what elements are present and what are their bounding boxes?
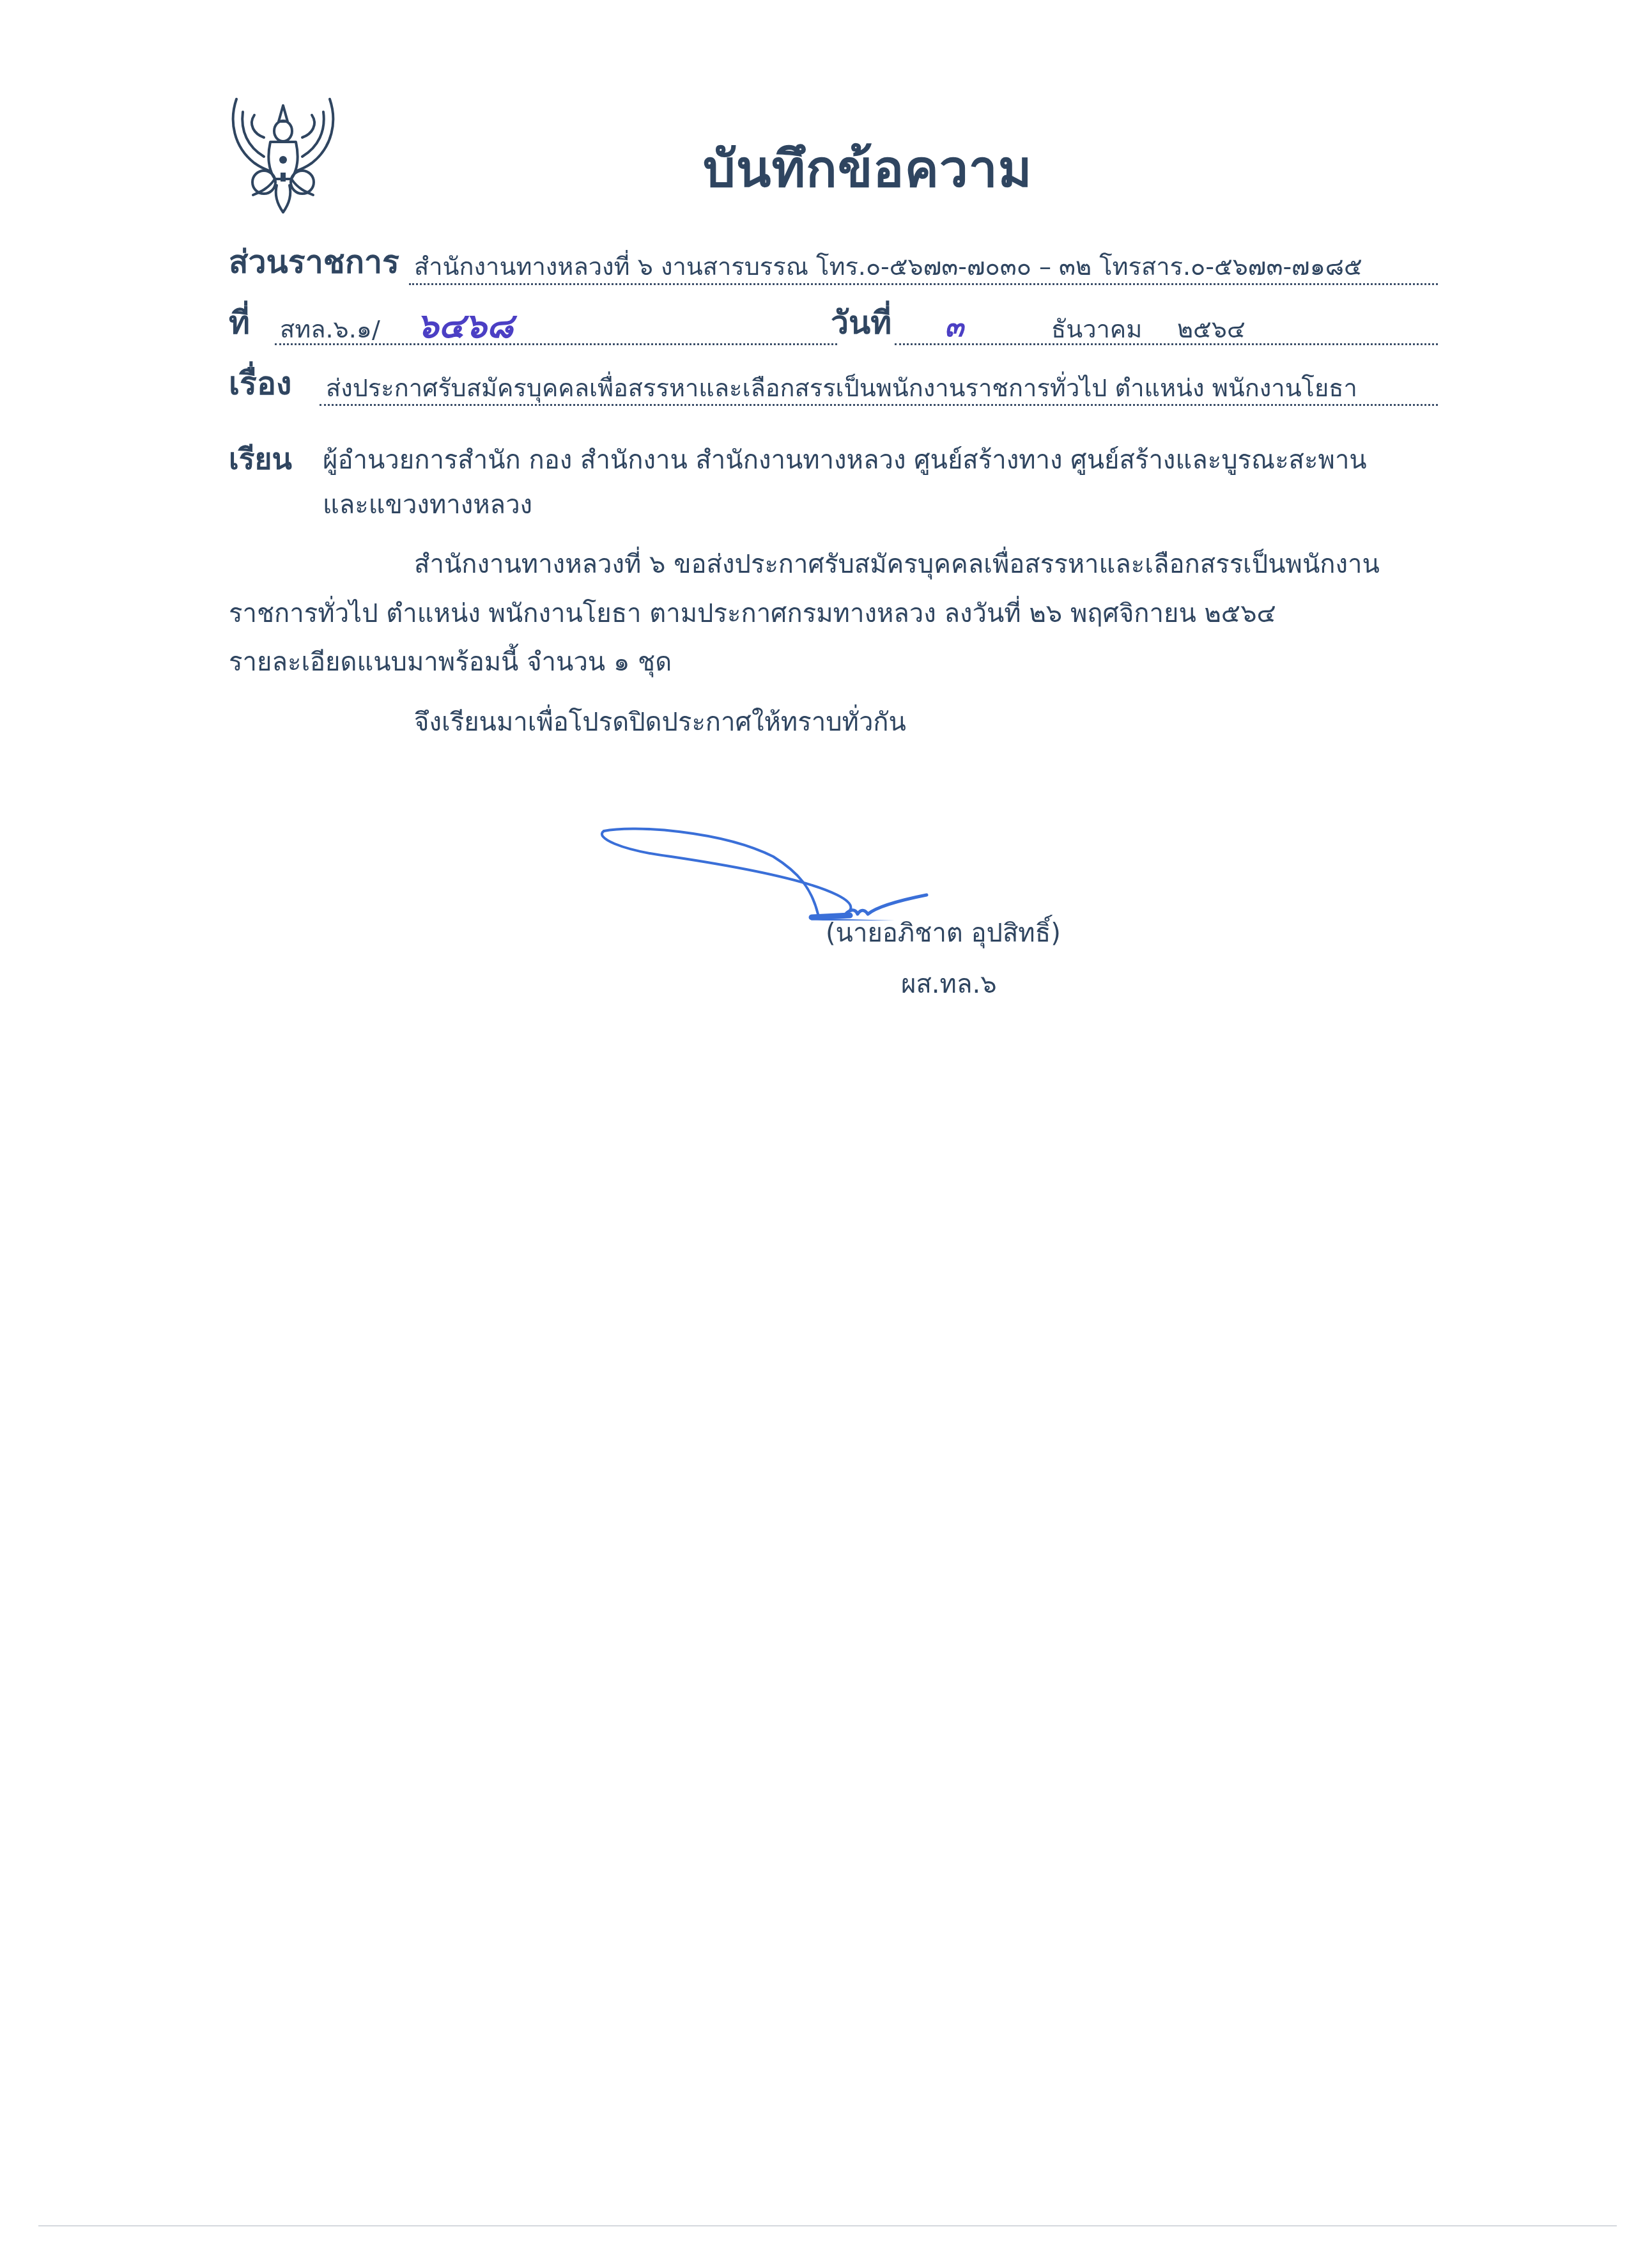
subject-label: เรื่อง: [229, 368, 291, 400]
document-title: บันทึกข้อความ: [703, 144, 1032, 195]
ref-number-handwritten: ๖๔๖๘: [417, 308, 513, 343]
date-dotted-line: [895, 343, 1438, 345]
body-paragraph-line-1: สำนักงานทางหลวงที่ ๖ ขอส่งประกาศรับสมัคร…: [414, 552, 1380, 577]
closing-sentence: จึงเรียนมาเพื่อโปรดปิดประกาศให้ทราบทั่วก…: [414, 710, 906, 735]
body-paragraph-line-2: ราชการทั่วไป ตำแหน่ง พนักงานโยธา ตามประก…: [229, 601, 1276, 626]
date-month: ธันวาคม: [1051, 317, 1142, 341]
ref-dotted-line: [275, 343, 837, 345]
date-year: ๒๕๖๔: [1177, 317, 1246, 341]
salutation-line-1: ผู้อำนวยการสำนัก กอง สำนักงาน สำนักงานทา…: [323, 447, 1367, 473]
ref-prefix: สทล.๖.๑/: [280, 317, 380, 341]
subject-value: ส่งประกาศรับสมัครบุคคลเพื่อสรรหาและเลือก…: [326, 376, 1357, 400]
handwritten-signature-icon: [594, 818, 991, 920]
page-bottom-rule: [38, 2225, 1617, 2226]
ref-label: ที่: [229, 307, 250, 339]
signatory-name: (นายอภิชาต อุปสิทธิ์): [826, 920, 1061, 946]
agency-value: สำนักงานทางหลวงที่ ๖ งานสารบรรณ โทร.๐-๕๖…: [414, 254, 1362, 279]
salutation-line-2: และแขวงทางหลวง: [323, 492, 532, 518]
salutation-label: เรียน: [229, 444, 292, 474]
garuda-emblem-icon: [229, 96, 337, 214]
subject-dotted-line: [320, 404, 1438, 406]
date-day-handwritten: ๓: [945, 313, 964, 341]
signatory-position: ผส.ทล.๖: [901, 972, 997, 997]
agency-dotted-line: [409, 283, 1438, 285]
body-paragraph-line-3: รายละเอียดแนบมาพร้อมนี้ จำนวน ๑ ชุด: [229, 649, 672, 675]
agency-label: ส่วนราชการ: [229, 246, 399, 278]
date-label: วันที่: [831, 307, 891, 339]
